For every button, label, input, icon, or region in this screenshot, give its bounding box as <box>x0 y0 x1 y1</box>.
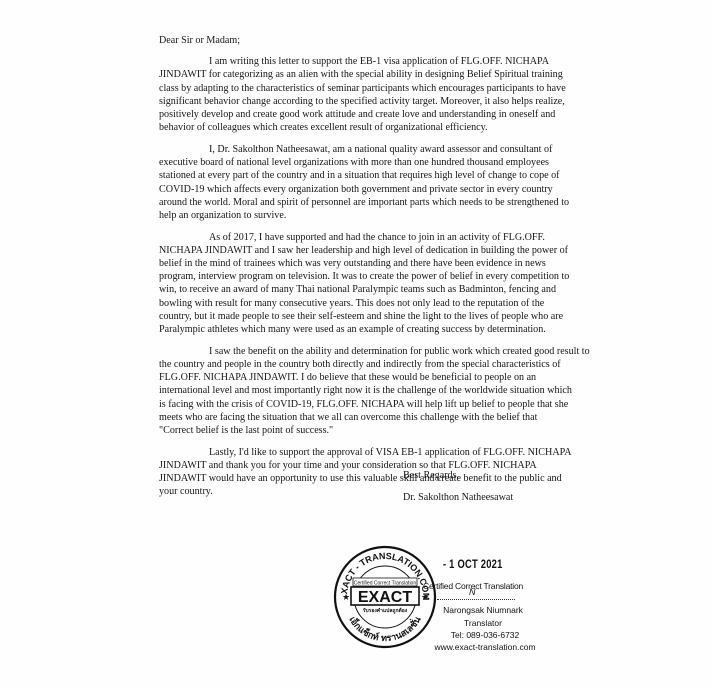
translator-name: Narongsak Niumnark <box>423 605 543 615</box>
translator-initial-signature: N <box>469 587 476 597</box>
paragraph-line: I, Dr. Sakolthon Natheesawat, am a natio… <box>159 143 567 156</box>
paragraph-line: Paralympic athletes which many were used… <box>159 323 567 336</box>
stamp-center-word: EXACT <box>358 589 412 606</box>
paragraph-line: executive board of national level organi… <box>159 156 567 169</box>
paragraph-line: NICHAPA JINDAWIT and I saw her leadershi… <box>159 244 567 257</box>
paragraph-line: COVID-19 which affects every organizatio… <box>159 183 567 196</box>
paragraph-line: positively develop and create good work … <box>159 108 567 121</box>
paragraph-line: bowling with result for many consecutive… <box>159 297 567 310</box>
paragraph-line: behavior of colleagues which creates exc… <box>159 121 567 134</box>
star-icon: ★ <box>421 593 429 603</box>
translator-website: www.exact-translation.com <box>423 642 547 652</box>
paragraph-line: help an organization to survive. <box>159 209 567 222</box>
closing-phrase: Best Regards, <box>403 470 513 481</box>
letter-paragraph: I, Dr. Sakolthon Natheesawat, am a natio… <box>159 143 567 222</box>
translation-stamp-seal: EXACT - TRANSLATION.COM เอ็กแซ็กท์ ทรานส… <box>333 545 437 649</box>
paragraph-line: As of 2017, I have supported and had the… <box>159 231 567 244</box>
translator-role: Translator <box>423 618 543 628</box>
letter-paragraph: I saw the benefit on the ability and det… <box>159 345 567 437</box>
certification-date: - 1 OCT 2021 <box>443 557 503 571</box>
letter-paragraphs: I am writing this letter to support the … <box>159 55 567 498</box>
stamp-banner-top: Certified Correct Translation <box>354 581 416 587</box>
stamp-banner-bottom: รับรองคำแปลถูกต้อง <box>363 607 408 615</box>
paragraph-line: stationed at every part of the country a… <box>159 169 567 182</box>
paragraph-line: JINDAWIT for categorizing as an alien wi… <box>159 68 567 81</box>
paragraph-line: the country and people in the country bo… <box>159 358 567 371</box>
signatory-name: Dr. Sakolthon Natheesawat <box>403 492 513 503</box>
translator-phone: Tel: 089-036-6732 <box>423 630 547 640</box>
paragraph-line: I saw the benefit on the ability and det… <box>159 345 567 358</box>
paragraph-line: meets who are facing the situation that … <box>159 411 567 424</box>
letter-body: Dear Sir or Madam; I am writing this let… <box>159 34 567 507</box>
letter-closing: Best Regards, Dr. Sakolthon Natheesawat <box>403 470 513 514</box>
paragraph-line: around the world. Moral and spirit of pe… <box>159 196 567 209</box>
paragraph-line: win, to receive an award of many Thai na… <box>159 283 567 296</box>
paragraph-line: belief in the mind of trainees which was… <box>159 257 567 270</box>
paragraph-line: country, but it made people to see their… <box>159 310 567 323</box>
salutation: Dear Sir or Madam; <box>159 34 567 47</box>
paragraph-line: "Correct belief is the last point of suc… <box>159 424 567 437</box>
star-icon: ★ <box>342 593 350 603</box>
letter-paragraph: I am writing this letter to support the … <box>159 55 567 134</box>
paragraph-line: I am writing this letter to support the … <box>159 55 567 68</box>
letter-paragraph: As of 2017, I have supported and had the… <box>159 231 567 337</box>
paragraph-line: class by adapting to the characteristics… <box>159 82 567 95</box>
signature-line <box>437 599 515 600</box>
paragraph-line: international level and most importantly… <box>159 384 567 397</box>
document-page: Dear Sir or Madam; I am writing this let… <box>0 0 712 687</box>
paragraph-line: is facing with the crisis of COVID-19, F… <box>159 398 567 411</box>
paragraph-line: significant behavior change according to… <box>159 95 567 108</box>
paragraph-line: FLG.OFF. NICHAPA JINDAWIT. I do believe … <box>159 371 567 384</box>
paragraph-line: Lastly, I'd like to support the approval… <box>159 446 567 459</box>
paragraph-line: program, interview program on television… <box>159 270 567 283</box>
